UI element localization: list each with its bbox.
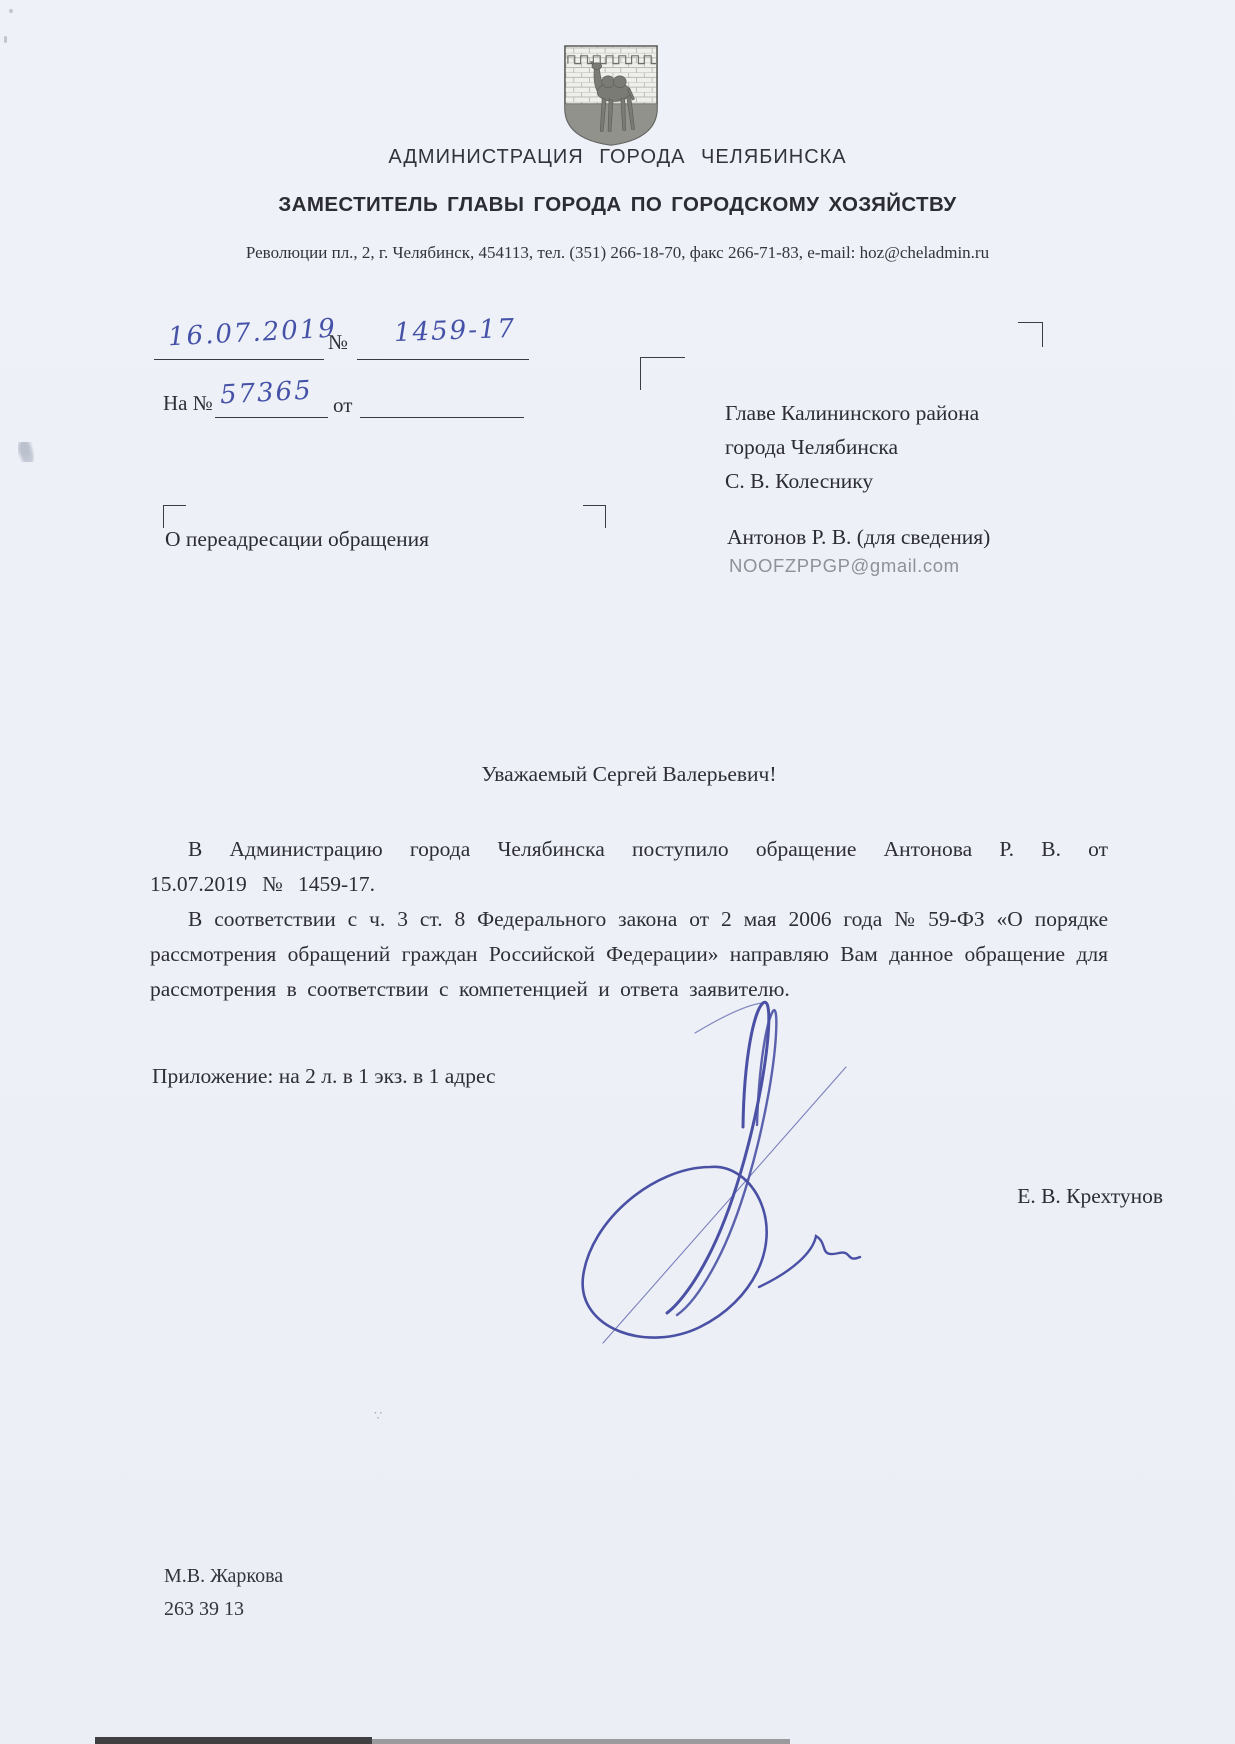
address-zone-corner-top-right: [1018, 322, 1043, 347]
scan-speck: [4, 36, 7, 43]
body-paragraph: В Администрацию города Челябинска поступ…: [150, 832, 1108, 902]
cc-recipient-line: Антонов Р. В. (для сведения): [727, 525, 990, 550]
outgoing-date-handwritten: 16.07.2019: [167, 314, 337, 353]
scan-smudge: [18, 442, 34, 462]
recipient-block: Главе Калининского района города Челябин…: [725, 396, 979, 498]
attachment-line: Приложение: на 2 л. в 1 экз. в 1 адрес: [152, 1064, 496, 1089]
salutation: Уважаемый Сергей Валерьевич!: [150, 762, 1108, 787]
reply-number-underline: [215, 417, 328, 418]
number-underline: [357, 359, 529, 360]
reply-to-label: На №: [163, 391, 213, 416]
scanned-letter-page: АДМИНИСТРАЦИЯ ГОРОДА ЧЕЛЯБИНСКА ЗАМЕСТИТ…: [0, 0, 1235, 1744]
subject-zone-corner-top-right: [583, 505, 606, 528]
handwritten-signature: [545, 995, 865, 1370]
scan-speck: [9, 9, 13, 13]
executor-name: М.В. Жаркова: [164, 1565, 283, 1588]
cc-recipient-email: NOOFZPPGP@gmail.com: [729, 555, 960, 577]
date-underline: [154, 359, 324, 360]
reply-from-label: от: [333, 393, 352, 418]
outgoing-number-handwritten: 1459-17: [394, 314, 517, 348]
reply-number-handwritten: 57365: [219, 376, 313, 411]
number-sign-label: №: [328, 330, 348, 355]
chelyabinsk-coat-of-arms-camel-icon: [562, 42, 660, 148]
subject-zone-corner-top-left: [163, 505, 186, 528]
subject-line: О переадресации обращения: [165, 527, 429, 552]
recipient-line: С. В. Колеснику: [725, 464, 979, 498]
scan-edge-bar-dark: [95, 1737, 372, 1744]
recipient-line: города Челябинска: [725, 430, 979, 464]
organization-name: АДМИНИСТРАЦИЯ ГОРОДА ЧЕЛЯБИНСКА: [0, 146, 1235, 169]
scan-mark: ∵: [374, 1408, 382, 1424]
department-name: ЗАМЕСТИТЕЛЬ ГЛАВЫ ГОРОДА ПО ГОРОДСКОМУ Х…: [0, 193, 1235, 217]
scan-edge-bar-gray: [372, 1739, 790, 1744]
contact-address-line: Революции пл., 2, г. Челябинск, 454113, …: [0, 243, 1235, 263]
signatory-name: Е. В. Крехтунов: [1017, 1184, 1163, 1209]
executor-phone: 263 39 13: [164, 1598, 244, 1621]
letter-body: В Администрацию города Челябинска поступ…: [150, 832, 1108, 1007]
reply-date-underline: [360, 417, 524, 418]
address-zone-corner-top-left: [640, 357, 685, 390]
body-paragraph: В соответствии с ч. 3 ст. 8 Федерального…: [150, 902, 1108, 1007]
recipient-line: Главе Калининского района: [725, 396, 979, 430]
